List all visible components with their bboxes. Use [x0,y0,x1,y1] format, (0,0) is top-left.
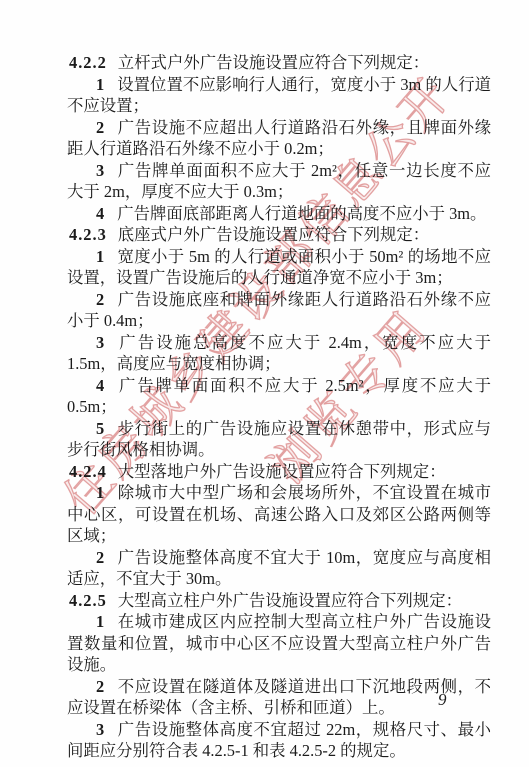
item-text: 不应设置在隧道体及隧道进出口下沉地段两侧，不应设置在桥梁体（含主桥、引桥和匝道）… [67,677,491,718]
clause-item: 4广告牌面底部距离人行道地面的高度不应小于 3m。 [67,203,491,225]
item-number: 2 [96,548,104,567]
item-text: 广告设施底座和牌面外缘距人行道路沿石外缘不应小于 0.4m； [67,290,491,331]
clause-item: 1在城市建成区内应控制大型高立柱户外广告设施设置数量和位置，城市中心区不应设置大… [67,611,491,676]
item-number: 2 [96,118,104,137]
clause-item: 2广告设施底座和牌面外缘距人行道路沿石外缘不应小于 0.4m； [67,289,491,332]
item-text: 广告设施整体高度不宜超过 22m，规格尺寸、最小间距应分别符合表 4.2.5-1… [67,720,491,761]
clause-item: 2不应设置在隧道体及隧道进出口下沉地段两侧，不应设置在桥梁体（含主桥、引桥和匝道… [67,676,491,719]
item-number: 3 [96,161,104,180]
clause-item: 1宽度小于 5m 的人行道或面积小于 50m² 的场地不应设置，设置广告设施后的… [67,246,491,289]
clause-item: 1设置位置不应影响行人通行，宽度小于 3m 的人行道不应设置； [67,74,491,117]
clause-item: 2广告设施整体高度不宜大于 10m，宽度应与高度相适应，不宜大于 30m。 [67,547,491,590]
clause-item: 3广告设施整体高度不宜超过 22m，规格尺寸、最小间距应分别符合表 4.2.5-… [67,719,491,762]
clause-heading-text: 大型落地户外广告设施设置应符合下列规定： [118,462,446,481]
item-text: 广告设施不应超出人行道路沿石外缘，且牌面外缘距人行道路沿石外缘不应小于 0.2m… [67,118,491,159]
item-number: 2 [96,677,104,696]
clause-item: 4广告牌单面面积不应大于 2.5m²，厚度不应大于 0.5m； [67,375,491,418]
clause-heading-4-2-3: 4.2.3底座式户外广告设施设置应符合下列规定： [67,224,491,246]
clause-item: 5步行街上的广告设施应设置在休憩带中，形式应与步行街风格相协调。 [67,418,491,461]
clause-heading-4-2-2: 4.2.2立杆式户外广告设施设置应符合下列规定： [67,52,491,74]
item-number: 5 [96,419,104,438]
item-number: 4 [96,204,104,223]
item-text: 广告牌面底部距离人行道地面的高度不应小于 3m。 [117,204,486,223]
item-number: 3 [96,333,104,352]
clause-heading-4-2-5: 4.2.5大型高立柱户外广告设施设置应符合下列规定： [67,590,491,612]
clause-item: 1除城市大中型广场和会展场所外，不宜设置在城市中心区，可设置在机场、高速公路入口… [67,482,491,547]
item-number: 1 [96,483,104,502]
clause-item: 2广告设施不应超出人行道路沿石外缘，且牌面外缘距人行道路沿石外缘不应小于 0.2… [67,117,491,160]
document-page: 住房城乡建设部信息公开 浏览专用 4.2.2立杆式户外广告设施设置应符合下列规定… [0,0,529,767]
item-number: 1 [96,75,104,94]
item-text: 除城市大中型广场和会展场所外，不宜设置在城市中心区，可设置在机场、高速公路入口及… [67,483,491,545]
item-text: 广告牌单面面积不应大于 2m²，任意一边长度不应大于 2m，厚度不应大于 0.3… [67,161,491,202]
item-text: 广告设施总高度不应大于 2.4m，宽度不应大于 1.5m，高度应与宽度相协调； [67,333,491,374]
clause-heading-4-2-4: 4.2.4大型落地户外广告设施设置应符合下列规定： [67,461,491,483]
clause-heading-text: 立杆式户外广告设施设置应符合下列规定： [118,53,429,72]
item-text: 广告设施整体高度不宜大于 10m，宽度应与高度相适应，不宜大于 30m。 [67,548,491,589]
item-number: 1 [96,247,104,266]
clause-number: 4.2.2 [69,53,107,72]
clause-heading-text: 底座式户外广告设施设置应符合下列规定： [118,225,429,244]
item-number: 1 [96,612,104,631]
item-text: 广告牌单面面积不应大于 2.5m²，厚度不应大于 0.5m； [67,376,491,417]
clause-number: 4.2.3 [69,225,107,244]
clause-heading-text: 大型高立柱户外广告设施设置应符合下列规定： [118,591,462,610]
item-number: 4 [96,376,104,395]
page-number: 9 [438,690,447,710]
page-body-text: 4.2.2立杆式户外广告设施设置应符合下列规定： 1设置位置不应影响行人通行，宽… [67,52,491,762]
item-number: 3 [96,720,104,739]
clause-number: 4.2.4 [69,462,107,481]
item-text: 在城市建成区内应控制大型高立柱户外广告设施设置数量和位置，城市中心区不应设置大型… [67,612,491,674]
item-number: 2 [96,290,104,309]
clause-item: 3广告牌单面面积不应大于 2m²，任意一边长度不应大于 2m，厚度不应大于 0.… [67,160,491,203]
item-text: 设置位置不应影响行人通行，宽度小于 3m 的人行道不应设置； [67,75,491,116]
item-text: 步行街上的广告设施应设置在休憩带中，形式应与步行街风格相协调。 [67,419,491,460]
clause-item: 3广告设施总高度不应大于 2.4m，宽度不应大于 1.5m，高度应与宽度相协调； [67,332,491,375]
clause-number: 4.2.5 [69,591,107,610]
item-text: 宽度小于 5m 的人行道或面积小于 50m² 的场地不应设置，设置广告设施后的人… [67,247,491,288]
